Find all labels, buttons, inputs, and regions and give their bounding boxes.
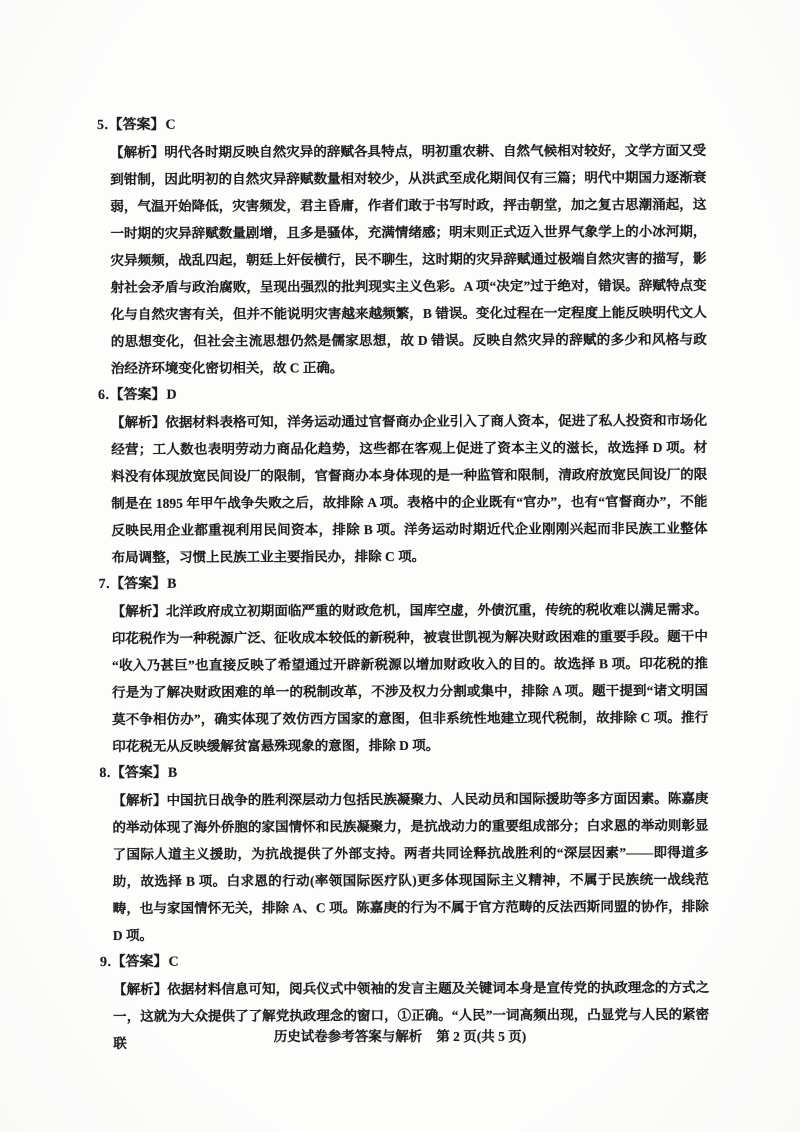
item-number: 8. xyxy=(99,766,111,781)
answer-label: 【答案】 xyxy=(109,388,165,403)
answer-item-5: 5.【答案】C 【解析】明代各时期反映自然灾异的辞赋各具特点，明初重农耕、自然气… xyxy=(97,110,710,382)
analysis-label: 【解析】 xyxy=(112,604,166,619)
answer-label: 【答案】 xyxy=(110,577,166,592)
page-footer: 历史试卷参考答案与解析第 2 页(共 5 页) xyxy=(0,1023,800,1050)
analysis-text: 明代各时期反映自然灾异的辞赋各具特点，明初重农耕、自然气候相对较好，文学方面又受… xyxy=(110,143,707,376)
analysis-paragraph: 【解析】明代各时期反映自然灾异的辞赋各具特点，明初重农耕、自然气候相对较好，文学… xyxy=(110,137,707,382)
answers-content: 5.【答案】C 【解析】明代各时期反映自然灾异的辞赋各具特点，明初重农耕、自然气… xyxy=(97,110,712,1057)
answer-label: 【答案】 xyxy=(111,766,167,781)
footer-title: 历史试卷参考答案与解析 xyxy=(274,1029,423,1044)
answer-letter: B xyxy=(167,766,177,781)
answer-label: 【答案】 xyxy=(111,955,167,970)
analysis-paragraph: 【解析】中国抗日战争的胜利深层动力包括民族凝聚力、人民动员和国际援助等多方面因素… xyxy=(112,785,709,949)
analysis-label: 【解析】 xyxy=(110,145,164,160)
item-number: 5. xyxy=(97,118,109,133)
answer-line: 6.【答案】D xyxy=(98,380,710,409)
footer-page-number: 第 2 页(共 5 页) xyxy=(436,1029,526,1044)
answer-letter: C xyxy=(165,118,176,133)
analysis-paragraph: 【解析】北洋政府成立初期面临严重的财政危机，国库空虚，外债沉重，传统的税收难以满… xyxy=(112,596,709,760)
analysis-label: 【解析】 xyxy=(113,982,167,997)
item-number: 9. xyxy=(100,955,112,970)
item-number: 6. xyxy=(98,388,110,403)
analysis-paragraph: 【解析】依据材料表格可知，洋务运动通过官督商办企业引入了商人资本，促进了私人投资… xyxy=(111,407,708,571)
analysis-label: 【解析】 xyxy=(112,793,166,808)
answer-line: 9.【答案】C xyxy=(100,947,712,976)
answer-item-6: 6.【答案】D 【解析】依据材料表格可知，洋务运动通过官督商办企业引入了商人资本… xyxy=(98,380,711,571)
item-number: 7. xyxy=(99,577,111,592)
answer-line: 5.【答案】C xyxy=(97,110,709,139)
answer-letter: B xyxy=(166,577,176,592)
answer-line: 8.【答案】B xyxy=(99,758,711,787)
analysis-label: 【解析】 xyxy=(111,415,165,430)
analysis-text: 依据材料表格可知，洋务运动通过官督商办企业引入了商人资本，促进了私人投资和市场化… xyxy=(111,413,707,565)
answer-letter: D xyxy=(165,388,176,403)
answer-label: 【答案】 xyxy=(109,118,165,133)
answer-item-7: 7.【答案】B 【解析】北洋政府成立初期面临严重的财政危机，国库空虚，外债沉重，… xyxy=(99,569,712,760)
analysis-text: 北洋政府成立初期面临严重的财政危机，国库空虚，外债沉重，传统的税收难以满足需求。… xyxy=(112,602,708,754)
answer-letter: C xyxy=(167,955,178,970)
analysis-text: 中国抗日战争的胜利深层动力包括民族凝聚力、人民动员和国际援助等多方面因素。陈嘉庚… xyxy=(112,791,708,943)
answer-item-8: 8.【答案】B 【解析】中国抗日战争的胜利深层动力包括民族凝聚力、人民动员和国际… xyxy=(99,758,712,949)
answer-sheet-page: 5.【答案】C 【解析】明代各时期反映自然灾异的辞赋各具特点，明初重农耕、自然气… xyxy=(0,0,800,1132)
answer-line: 7.【答案】B xyxy=(99,569,711,598)
